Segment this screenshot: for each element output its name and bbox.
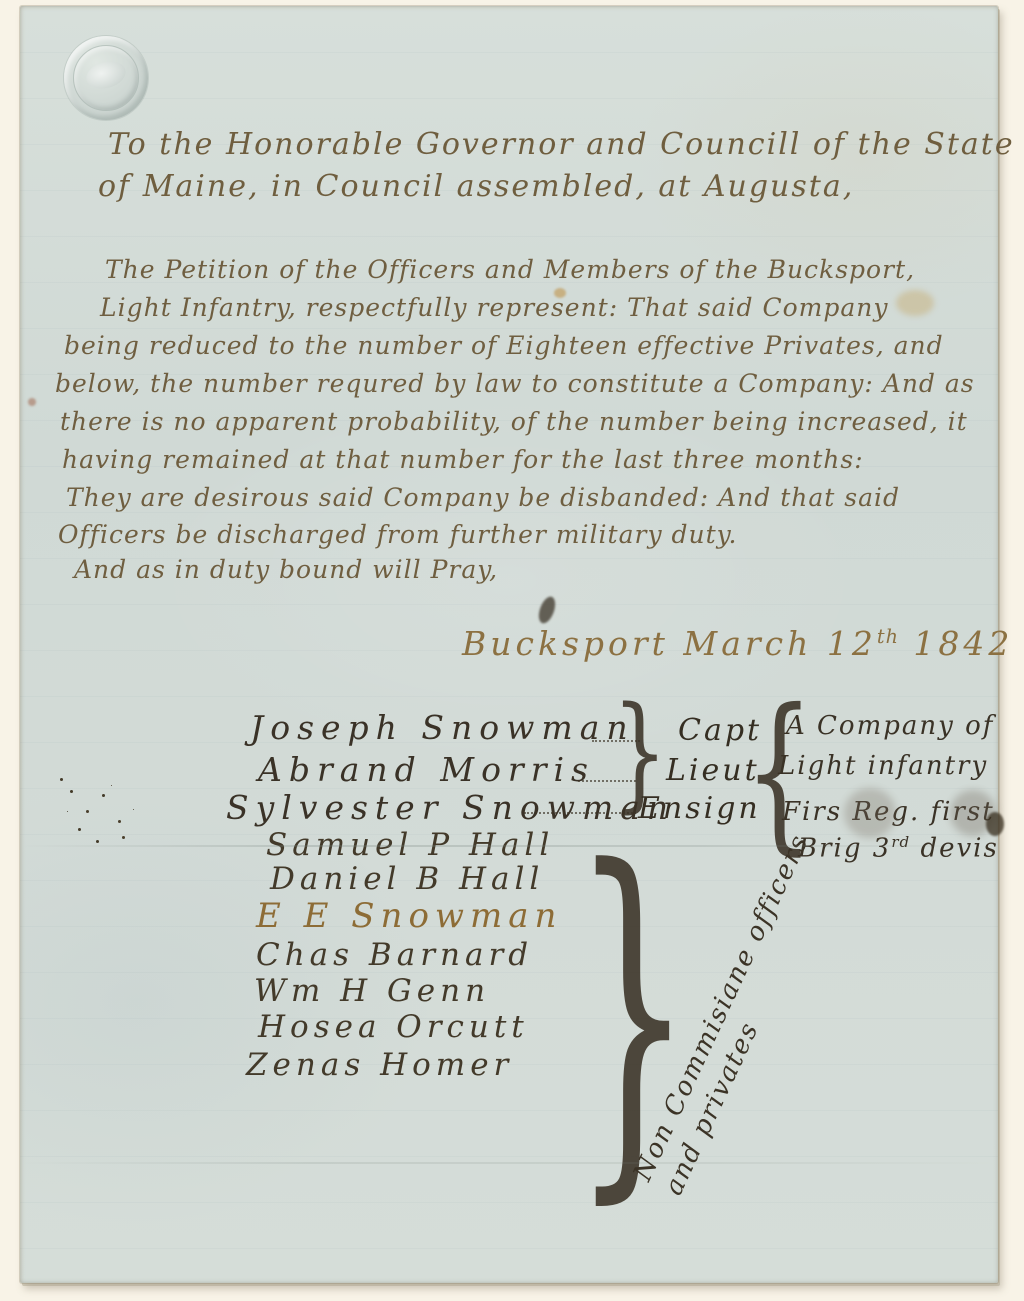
place-date-text: Bucksport March 12 <box>462 624 877 663</box>
body-line-2: Light Infantry, respectfully represent: … <box>100 294 888 322</box>
salutation-line-2: of Maine, in Council assembled, at Augus… <box>98 170 854 203</box>
date-ordinal: th <box>877 625 899 648</box>
body-line-6: having remained at that number for the l… <box>62 446 864 474</box>
date-year: 1842 <box>899 624 1013 663</box>
embossed-seal-icon <box>64 36 148 120</box>
unit-line-2: Light infantry <box>778 752 988 781</box>
signature-daniel-b-hall: Daniel B Hall <box>270 862 544 896</box>
ink-speckles <box>60 778 63 781</box>
signature-joseph-snowman: Joseph Snowman <box>250 710 635 746</box>
signature-abrand-morris: Abrand Morris <box>258 752 595 788</box>
paper-crease <box>20 1162 998 1164</box>
stain <box>28 398 36 406</box>
unit-line-4-ordinal: rd <box>891 833 910 851</box>
place-date-line: Bucksport March 12th 1842 <box>462 626 1013 662</box>
document-page: To the Honorable Governor and Councill o… <box>20 6 998 1283</box>
signature-wm-h-genn: Wm H Genn <box>254 974 490 1008</box>
salutation-line-1: To the Honorable Governor and Councill o… <box>108 128 1015 161</box>
body-line-8: Officers be discharged from further mili… <box>58 521 737 549</box>
signature-hosea-orcutt: Hosea Orcutt <box>258 1010 529 1044</box>
ink-blot <box>536 594 559 625</box>
signature-chas-barnard: Chas Barnard <box>256 938 533 972</box>
body-line-4: below, the number requred by law to cons… <box>55 370 975 398</box>
body-line-7: They are desirous said Company be disban… <box>66 484 900 512</box>
unit-line-1: A Company of <box>786 712 994 741</box>
stain <box>896 290 934 316</box>
signature-e-e-snowman: E E Snowman <box>256 898 562 935</box>
body-line-3: being reduced to the number of Eighteen … <box>64 332 944 360</box>
unit-line-3: Firs Reg. first <box>782 798 995 827</box>
unit-line-4-rest: devis <box>910 834 999 864</box>
signature-zenas-homer: Zenas Homer <box>246 1048 513 1082</box>
body-line-5: there is no apparent probability, of the… <box>60 408 968 436</box>
body-line-1: The Petition of the Officers and Members… <box>105 256 915 284</box>
paper-crease <box>20 845 998 847</box>
body-line-9: And as in duty bound will Pray, <box>74 556 498 584</box>
